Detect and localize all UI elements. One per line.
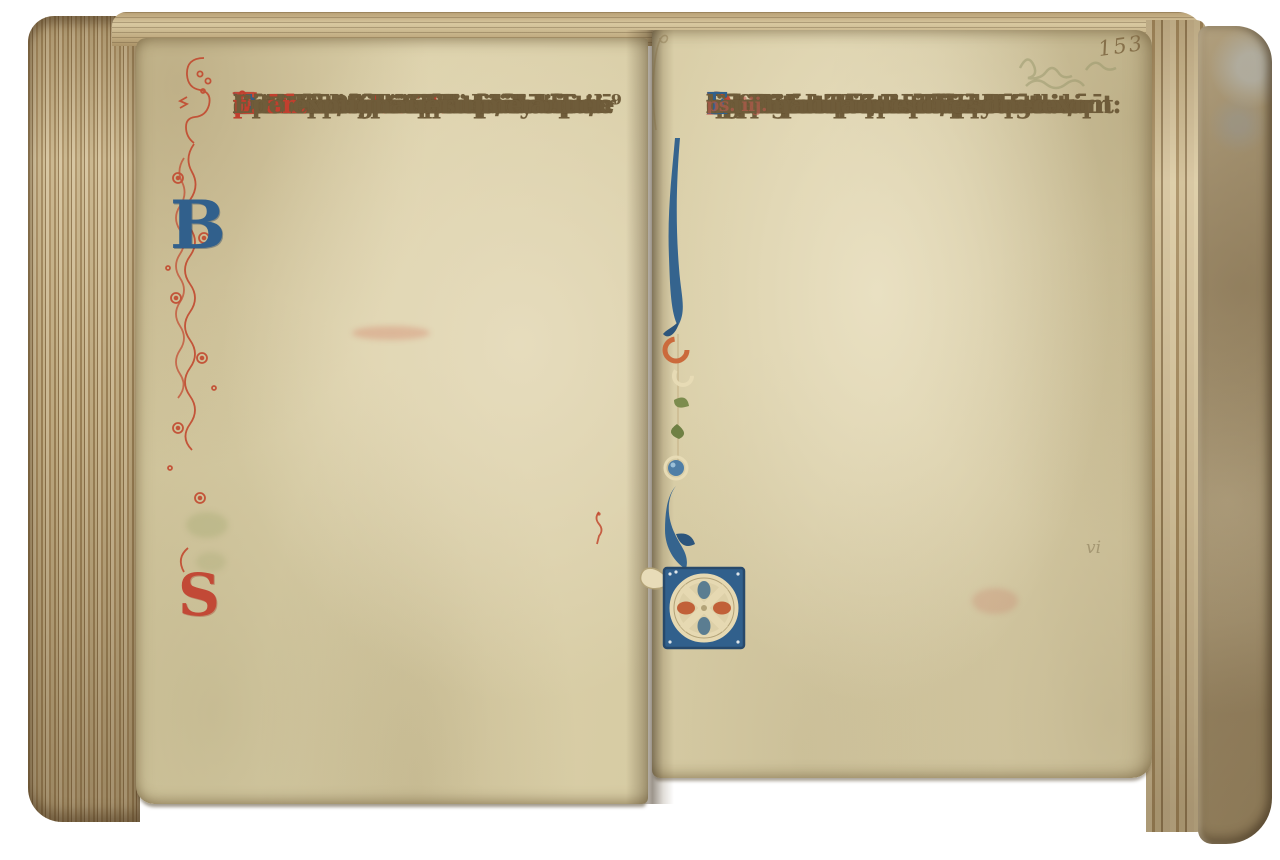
red-ink-smudge (352, 326, 430, 340)
illuminated-initial-b: B (170, 192, 226, 258)
faint-margin-note: vi (1086, 538, 1101, 558)
decorated-initial-d-icon (638, 558, 756, 664)
penwork-flourish-icon (158, 48, 238, 588)
leather-binding-board (1198, 26, 1272, 844)
text-segment: Epe expugnauerit me a iuuē (233, 90, 614, 121)
red-paraph-mark-icon (592, 510, 606, 546)
manuscript-photo: B S Beatus uir q (0, 0, 1280, 860)
marginal-ornament-bar-icon (656, 138, 704, 593)
faded-red-mark (972, 588, 1018, 614)
text-segment: maui ad te dn̄e: dn̄e ex (764, 90, 1071, 121)
faint-pen-trial-icon (644, 26, 674, 136)
right-parchment-page (652, 30, 1152, 778)
illuminated-initial-s: S (178, 566, 220, 624)
manuscript-text-line: maui ad te dn̄e: dn̄e ex (706, 90, 764, 121)
page-edge-stack-right (1146, 20, 1206, 832)
page-edge-stack-left (28, 16, 140, 822)
